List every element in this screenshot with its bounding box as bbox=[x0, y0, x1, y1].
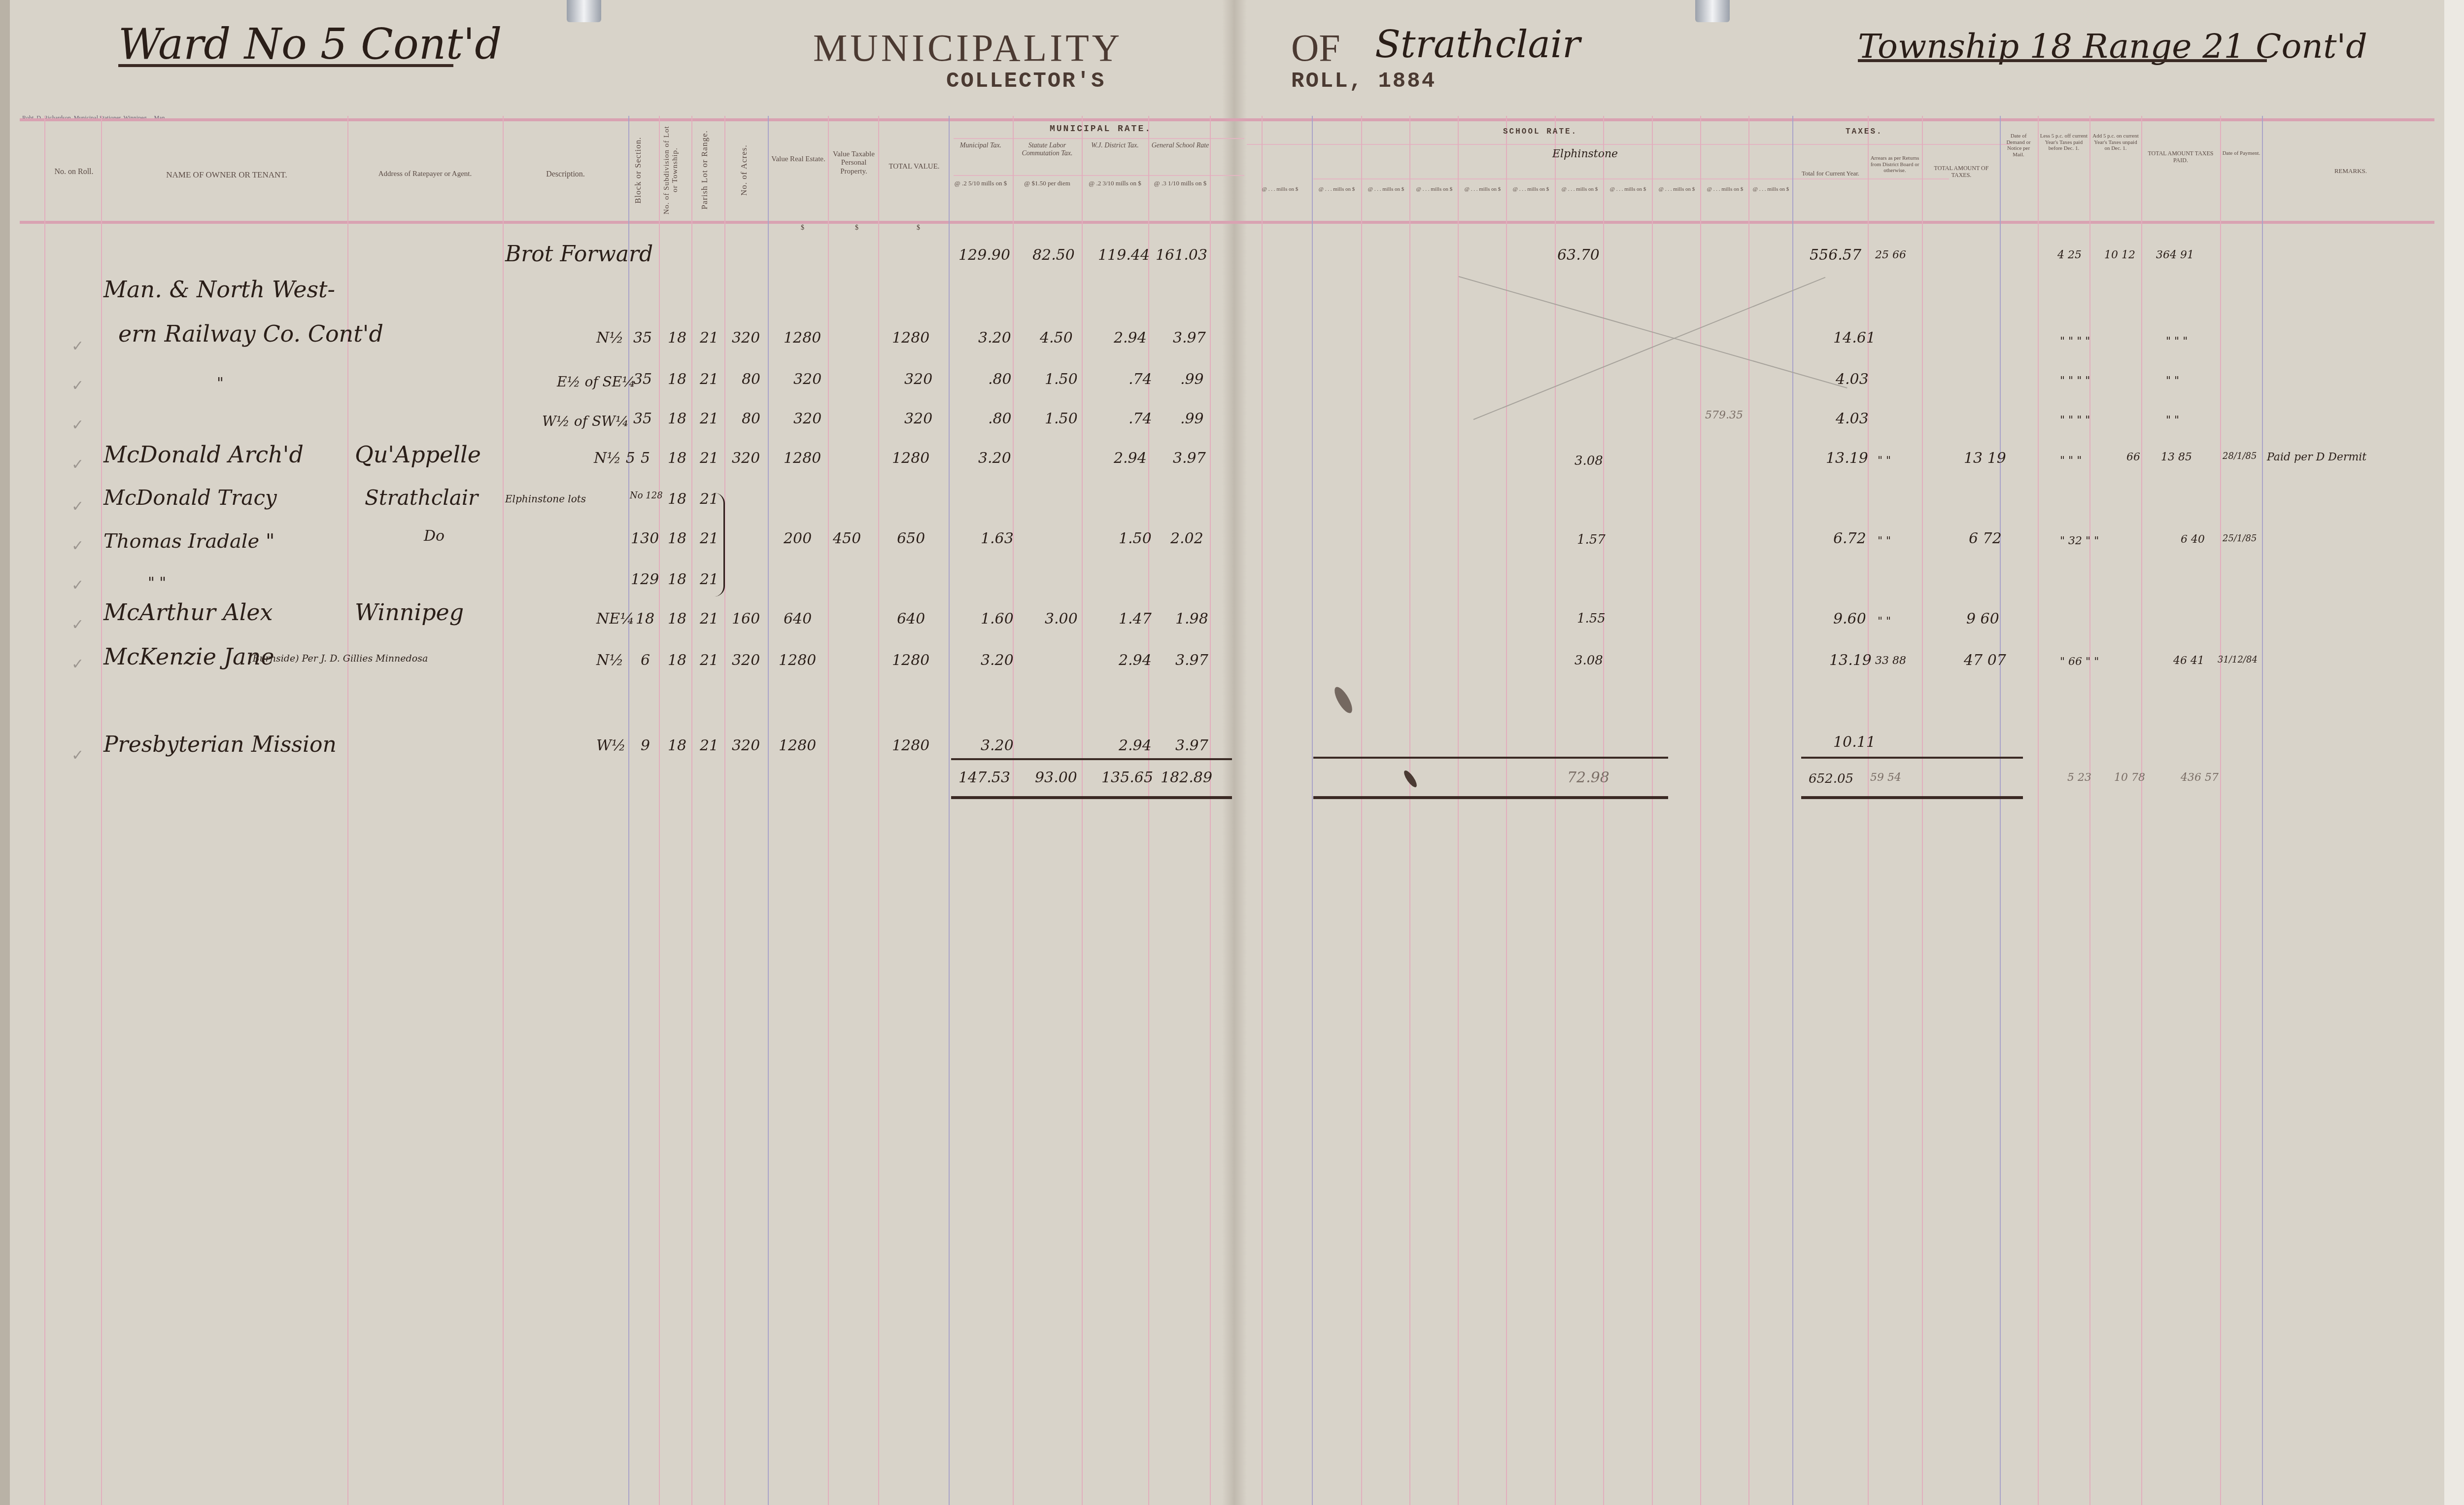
dollar-mark: $ bbox=[855, 224, 858, 232]
township-underline bbox=[1858, 59, 2267, 62]
district-tax: 1.47 bbox=[1119, 610, 1152, 628]
col-header-arrears: Arrears as per Returns from District Boa… bbox=[1870, 155, 1919, 174]
municipal-tax: 3.20 bbox=[978, 450, 1011, 467]
owner-name: McDonald Arch'd bbox=[103, 441, 304, 468]
col-header-total-paid: TOTAL AMOUNT TAXES PAID. bbox=[2144, 150, 2218, 164]
col-rule bbox=[1922, 116, 1923, 1505]
school-rate-title: SCHOOL RATE. bbox=[1503, 127, 1577, 136]
description: N½ bbox=[596, 329, 623, 347]
municipal-tax: .80 bbox=[988, 410, 1012, 427]
binder-clip-right bbox=[1695, 0, 1730, 22]
total-current: 14.61 bbox=[1833, 329, 1876, 347]
acres: 320 bbox=[732, 737, 760, 754]
mills-label: @ . . . mills on $ bbox=[1313, 186, 1360, 193]
less-5pc: " " " " bbox=[2060, 375, 2090, 387]
col-rule bbox=[1210, 116, 1211, 1505]
check-mark-icon: ✓ bbox=[71, 417, 84, 434]
col-rule bbox=[2000, 116, 2001, 1505]
header-bottom-rule bbox=[20, 221, 2434, 224]
less-5pc: " " " " bbox=[2060, 414, 2090, 426]
bf-total-current: 556.57 bbox=[1810, 246, 1861, 264]
owner-name: McArthur Alex bbox=[103, 599, 273, 626]
taxes-title: TAXES. bbox=[1846, 127, 1883, 136]
bf-school-rate: 63.70 bbox=[1557, 246, 1600, 264]
parish: 21 bbox=[700, 610, 719, 628]
total-less-5pc: 5 23 bbox=[2067, 771, 2091, 784]
col-header-subdivision: No. of Subdivision of Lot or Township. bbox=[663, 123, 680, 217]
mills-label: @ . . . mills on $ bbox=[1556, 186, 1603, 193]
total-current: 13.19 bbox=[1829, 652, 1872, 669]
value-real: 1280 bbox=[779, 737, 816, 754]
general-school: 1.98 bbox=[1175, 610, 1208, 628]
general-school: .99 bbox=[1180, 410, 1204, 427]
total-paid: 46 41 bbox=[2173, 655, 2204, 667]
block: 6 bbox=[641, 652, 650, 669]
parish: 21 bbox=[700, 410, 719, 427]
col-rule bbox=[1148, 116, 1149, 1505]
total-paid: " " " bbox=[2166, 335, 2188, 348]
bf-district-tax: 119.44 bbox=[1098, 246, 1150, 264]
subdivision: 18 bbox=[668, 490, 686, 508]
check-mark-icon: ✓ bbox=[71, 537, 84, 555]
statute-labor: 1.50 bbox=[1045, 371, 1078, 388]
binder-clip-left bbox=[567, 0, 601, 22]
header-top-rule bbox=[20, 118, 2434, 121]
total-municipal-tax: 147.53 bbox=[958, 769, 1010, 786]
check-mark-icon: ✓ bbox=[71, 656, 84, 673]
total-double-rule bbox=[1313, 796, 1668, 799]
col-rule bbox=[2262, 116, 2263, 1505]
mills-label: @ . . . mills on $ bbox=[1653, 186, 1700, 193]
description: N½ bbox=[596, 652, 623, 669]
bf-arrears: 25 66 bbox=[1875, 249, 1906, 261]
block: 35 bbox=[633, 329, 652, 347]
school-rate-subrule bbox=[1313, 178, 1949, 179]
bf-add-5pc: 10 12 bbox=[2104, 249, 2135, 261]
total-district-tax: 135.65 bbox=[1101, 769, 1153, 786]
owner-address: Strathclair bbox=[365, 486, 478, 510]
col-rule bbox=[724, 116, 725, 1505]
school-rate: 1.55 bbox=[1577, 611, 1606, 626]
col-rule bbox=[1013, 116, 1014, 1505]
col-header-general-school: General School Rate bbox=[1151, 142, 1210, 150]
total-value: 320 bbox=[904, 410, 932, 427]
col-rule bbox=[101, 116, 102, 1505]
subdivision: 18 bbox=[668, 450, 686, 467]
add-5pc: 66 bbox=[2126, 451, 2140, 463]
total-value: 640 bbox=[897, 610, 925, 628]
owner-address: Winnipeg bbox=[355, 599, 464, 626]
bf-total-paid: 364 91 bbox=[2156, 249, 2194, 261]
col-header-remarks: REMARKS. bbox=[2267, 168, 2434, 175]
total-paid: 6 40 bbox=[2181, 533, 2205, 546]
owner-name: Presbyterian Mission bbox=[103, 732, 337, 757]
total-total-current: 652.05 bbox=[1809, 771, 1853, 786]
owner-name: Man. & North West- bbox=[103, 276, 335, 303]
arrears: " " bbox=[1878, 615, 1891, 628]
value-real: 1280 bbox=[784, 450, 821, 467]
total-statute-labor: 93.00 bbox=[1035, 769, 1077, 786]
date-payment: 31/12/84 bbox=[2218, 655, 2258, 665]
owner-name: McDonald Tracy bbox=[103, 486, 277, 510]
arrears: 33 88 bbox=[1875, 655, 1906, 667]
general-school-rate: @ .3 1/10 mills on $ bbox=[1151, 180, 1210, 187]
col-rule bbox=[1312, 116, 1313, 1505]
col-header-value-personal: Value Taxable Personal Property. bbox=[830, 150, 877, 176]
acres: 320 bbox=[732, 329, 760, 347]
check-mark-icon: ✓ bbox=[71, 747, 84, 764]
less-5pc: " 66 " " bbox=[2060, 656, 2099, 668]
col-rule bbox=[1262, 116, 1263, 1505]
parish: 21 bbox=[700, 737, 719, 754]
col-rule bbox=[503, 116, 504, 1505]
mills-label: @ . . . mills on $ bbox=[1411, 186, 1458, 193]
total-current: 9.60 bbox=[1833, 610, 1866, 628]
description: N½ 5 bbox=[594, 450, 635, 467]
total-taxes: 6 72 bbox=[1969, 530, 2002, 547]
subdivision: 18 bbox=[668, 652, 686, 669]
value-real: 320 bbox=[793, 371, 821, 388]
municipal-rate-rule bbox=[954, 138, 1244, 139]
of-label: OF bbox=[1291, 26, 1340, 70]
check-mark-icon: ✓ bbox=[71, 456, 84, 473]
col-header-municipal-tax: Municipal Tax. bbox=[951, 142, 1010, 150]
col-header-add-5pc: Add 5 p.c. on current Year's Taxes unpai… bbox=[2091, 133, 2140, 152]
mills-label: @ . . . mills on $ bbox=[1507, 186, 1554, 193]
col-rule bbox=[1868, 116, 1869, 1505]
mills-label: @ . . . mills on $ bbox=[1363, 186, 1409, 193]
arrears: " " bbox=[1878, 455, 1891, 467]
parish: 21 bbox=[700, 329, 719, 347]
total-current: 10.11 bbox=[1833, 734, 1876, 751]
total-school-rate: 72.98 bbox=[1567, 769, 1609, 786]
bf-municipal-tax: 129.90 bbox=[958, 246, 1010, 264]
general-school: 3.97 bbox=[1175, 652, 1208, 669]
total-current: 13.19 bbox=[1826, 450, 1868, 467]
date-payment: 25/1/85 bbox=[2223, 533, 2257, 544]
mills-label: @ . . . mills on $ bbox=[1459, 186, 1506, 193]
col-rule bbox=[628, 116, 629, 1505]
statute-labor: 4.50 bbox=[1040, 329, 1073, 347]
col-rule bbox=[828, 116, 829, 1505]
col-header-total-current: Total for Current Year. bbox=[1795, 170, 1866, 177]
acres: 320 bbox=[732, 652, 760, 669]
col-rule bbox=[2038, 116, 2039, 1505]
book-gutter bbox=[1222, 0, 1247, 1505]
total-value: 1280 bbox=[892, 737, 929, 754]
general-school: 3.97 bbox=[1173, 450, 1206, 467]
col-header-block: Block or Section. bbox=[633, 123, 643, 217]
total-current: 6.72 bbox=[1833, 530, 1866, 547]
total-paid: " " bbox=[2166, 375, 2179, 387]
col-header-address: Address of Ratepayer or Agent. bbox=[350, 170, 500, 178]
date-payment: 28/1/85 bbox=[2223, 451, 2257, 461]
col-rule bbox=[1603, 116, 1604, 1505]
acres: 80 bbox=[742, 371, 760, 388]
general-school: 2.02 bbox=[1170, 530, 1203, 547]
col-header-acres: No. of Acres. bbox=[739, 123, 749, 217]
municipal-tax: 3.20 bbox=[981, 652, 1014, 669]
subtotal-rule bbox=[951, 758, 1232, 760]
school-rate: 3.08 bbox=[1574, 454, 1603, 468]
col-header-statute-labor: Statute Labor Commutation Tax. bbox=[1015, 142, 1079, 158]
check-mark-icon: ✓ bbox=[71, 338, 84, 355]
col-header-total-taxes: TOTAL AMOUNT OF TAXES. bbox=[1924, 165, 1998, 179]
municipal-tax: 3.20 bbox=[978, 329, 1011, 347]
less-5pc: " " " " bbox=[2060, 335, 2090, 348]
brought-forward-label: Brot Forward bbox=[505, 242, 653, 267]
municipal-tax: .80 bbox=[988, 371, 1012, 388]
subtotal-rule bbox=[1313, 757, 1668, 759]
mills-label: @ . . . mills on $ bbox=[1252, 186, 1308, 193]
col-rule bbox=[1082, 116, 1083, 1505]
check-mark-icon: ✓ bbox=[71, 577, 84, 594]
district-tax: 1.50 bbox=[1119, 530, 1152, 547]
subdivision: 18 bbox=[668, 571, 686, 588]
col-rule bbox=[768, 116, 769, 1505]
col-header-roll-no: No. on Roll. bbox=[52, 168, 96, 176]
municipal-rate-subrule bbox=[954, 175, 1244, 176]
subdivision: 18 bbox=[668, 737, 686, 754]
municipal-rate-title: MUNICIPAL RATE. bbox=[1050, 124, 1152, 134]
col-header-date-payment: Date of Payment. bbox=[2222, 150, 2261, 157]
total-current: 4.03 bbox=[1836, 371, 1869, 388]
block: 5 bbox=[641, 450, 650, 467]
col-header-description: Description. bbox=[505, 170, 626, 179]
district-tax-rate: @ .2 3/10 mills on $ bbox=[1084, 180, 1146, 187]
description: W½ bbox=[596, 737, 626, 754]
parish: 21 bbox=[700, 450, 719, 467]
municipal-tax: 1.63 bbox=[981, 530, 1014, 547]
statute-labor: 1.50 bbox=[1045, 410, 1078, 427]
block: No 128 bbox=[630, 490, 663, 501]
owner-address: (Burnside) Per J. D. Gillies Minnedosa bbox=[249, 653, 428, 664]
bf-general-school: 161.03 bbox=[1156, 246, 1207, 264]
check-mark-icon: ✓ bbox=[71, 498, 84, 515]
collectors-label: COLLECTOR'S bbox=[946, 69, 1105, 94]
col-rule bbox=[44, 116, 45, 1505]
col-rule bbox=[1409, 116, 1410, 1505]
total-total-paid: 436 57 bbox=[2181, 771, 2219, 784]
value-personal: 450 bbox=[833, 530, 861, 547]
district-tax: 2.94 bbox=[1119, 737, 1152, 754]
total-value: 1280 bbox=[892, 652, 929, 669]
bf-less-5pc: 4 25 bbox=[2057, 249, 2082, 261]
school-rate: 1.57 bbox=[1577, 532, 1606, 547]
col-rule bbox=[1748, 116, 1749, 1505]
taxes-rule bbox=[1789, 144, 2001, 145]
block: 35 bbox=[633, 371, 652, 388]
municipality-name: Strathclair bbox=[1375, 22, 1580, 66]
school-rate: 3.08 bbox=[1574, 653, 1603, 668]
description: W½ of SW¼ bbox=[542, 413, 629, 429]
total-taxes: 9 60 bbox=[1966, 610, 1999, 628]
municipal-tax: 1.60 bbox=[981, 610, 1014, 628]
acres: 160 bbox=[732, 610, 760, 628]
col-rule bbox=[691, 116, 692, 1505]
total-value: 1280 bbox=[892, 329, 929, 347]
value-real: 1280 bbox=[779, 652, 816, 669]
col-rule bbox=[1458, 116, 1459, 1505]
description: NE¼ bbox=[596, 610, 634, 628]
description: E½ of SE¼ bbox=[557, 374, 635, 390]
col-header-less-5pc: Less 5 p.c. off current Year's Taxes pai… bbox=[2039, 133, 2088, 152]
description: Elphinstone lots bbox=[505, 493, 586, 505]
ward-underline bbox=[118, 64, 453, 67]
col-rule bbox=[1700, 116, 1701, 1505]
municipality-label: MUNICIPALITY bbox=[813, 26, 1123, 70]
school-district-name: Elphinstone bbox=[1552, 148, 1618, 160]
subtotal-rule bbox=[1801, 757, 2023, 759]
total-arrears: 59 54 bbox=[1870, 771, 1901, 784]
col-rule bbox=[1361, 116, 1362, 1505]
roll-year-label: ROLL, 1884 bbox=[1291, 69, 1436, 94]
col-rule bbox=[1555, 116, 1556, 1505]
parish: 21 bbox=[700, 571, 719, 588]
subdivision: 18 bbox=[668, 329, 686, 347]
acres: 320 bbox=[732, 450, 760, 467]
owner-address-ditto: Do bbox=[424, 527, 445, 545]
general-school: 3.97 bbox=[1173, 329, 1206, 347]
district-tax: 2.94 bbox=[1114, 450, 1147, 467]
block: 18 bbox=[636, 610, 654, 628]
col-header-parish: Parish Lot or Range. bbox=[700, 123, 710, 217]
owner-address: Qu'Appelle bbox=[355, 441, 481, 468]
statute-labor: 3.00 bbox=[1045, 610, 1078, 628]
value-real: 200 bbox=[784, 530, 812, 547]
owner-name-ditto: " " bbox=[148, 574, 166, 592]
subdivision: 18 bbox=[668, 610, 686, 628]
total-value: 650 bbox=[897, 530, 925, 547]
col-header-name: NAME OF OWNER OR TENANT. bbox=[108, 170, 345, 180]
col-rule bbox=[878, 116, 879, 1505]
col-rule bbox=[2220, 116, 2221, 1505]
page-edge bbox=[2444, 0, 2464, 1505]
total-taxes: 13 19 bbox=[1964, 450, 2006, 467]
parish: 21 bbox=[700, 652, 719, 669]
col-rule bbox=[949, 116, 950, 1505]
subdivision: 18 bbox=[668, 530, 686, 547]
owner-name-cont: ern Railway Co. Cont'd bbox=[118, 320, 383, 347]
acres: 80 bbox=[742, 410, 760, 427]
total-current: 4.03 bbox=[1836, 410, 1869, 427]
mills-label: @ . . . mills on $ bbox=[1750, 186, 1792, 193]
district-tax: .74 bbox=[1129, 371, 1152, 388]
owner-name-ditto: " bbox=[217, 375, 224, 392]
col-rule bbox=[1506, 116, 1507, 1505]
total-add-5pc: 10 78 bbox=[2114, 771, 2145, 784]
block: 129 bbox=[631, 571, 659, 588]
total-general-school: 182.89 bbox=[1161, 769, 1212, 786]
col-rule bbox=[2141, 116, 2142, 1505]
col-rule bbox=[2089, 116, 2090, 1505]
general-school: 3.97 bbox=[1175, 737, 1208, 754]
pencil-crossed-figure: 579.35 bbox=[1705, 409, 1743, 421]
total-value: 320 bbox=[904, 371, 932, 388]
district-tax: 2.94 bbox=[1119, 652, 1152, 669]
general-school: .99 bbox=[1180, 371, 1204, 388]
value-real: 1280 bbox=[784, 329, 821, 347]
subdivision: 18 bbox=[668, 371, 686, 388]
municipal-tax: 3.20 bbox=[981, 737, 1014, 754]
arrears: " " bbox=[1878, 535, 1891, 547]
district-tax: .74 bbox=[1129, 410, 1152, 427]
total-double-rule bbox=[951, 796, 1232, 799]
owner-name: Thomas Iradale " bbox=[103, 530, 274, 553]
subdivision: 18 bbox=[668, 410, 686, 427]
check-mark-icon: ✓ bbox=[71, 377, 84, 394]
statute-labor-rate: @ $1.50 per diem bbox=[1015, 180, 1079, 187]
less-5pc: " " " bbox=[2060, 455, 2082, 467]
col-header-value-real: Value Real Estate. bbox=[771, 155, 825, 164]
col-header-district-tax: W.J. District Tax. bbox=[1084, 142, 1146, 150]
municipal-tax-rate: @ .2 5/10 mills on $ bbox=[951, 180, 1010, 187]
col-header-date-demand: Date of Demand or Notice per Mail. bbox=[2001, 133, 2036, 158]
remarks: Paid per D Dermit bbox=[2267, 451, 2366, 463]
parish: 21 bbox=[700, 530, 719, 547]
bf-statute-labor: 82.50 bbox=[1032, 246, 1075, 264]
mills-label: @ . . . mills on $ bbox=[1605, 186, 1651, 193]
total-paid: 13 85 bbox=[2161, 451, 2192, 463]
value-real: 640 bbox=[784, 610, 812, 628]
ward-title: Ward No 5 Cont'd bbox=[118, 20, 502, 69]
dollar-mark: $ bbox=[917, 224, 920, 232]
check-mark-icon: ✓ bbox=[71, 616, 84, 633]
col-rule bbox=[1792, 116, 1793, 1505]
col-header-total-value: TOTAL VALUE. bbox=[882, 163, 946, 171]
total-taxes: 47 07 bbox=[1964, 652, 2006, 669]
total-value: 1280 bbox=[892, 450, 929, 467]
block: 130 bbox=[631, 530, 659, 547]
dollar-mark: $ bbox=[801, 224, 804, 232]
parish: 21 bbox=[700, 371, 719, 388]
mills-label: @ . . . mills on $ bbox=[1702, 186, 1748, 193]
total-double-rule bbox=[1801, 796, 2023, 799]
value-real: 320 bbox=[793, 410, 821, 427]
less-5pc: " 32 " " bbox=[2060, 535, 2099, 547]
block: 9 bbox=[641, 737, 650, 754]
col-rule bbox=[1652, 116, 1653, 1505]
total-paid: " " bbox=[2166, 414, 2179, 426]
col-rule bbox=[659, 116, 660, 1505]
district-tax: 2.94 bbox=[1114, 329, 1147, 347]
block: 35 bbox=[633, 410, 652, 427]
